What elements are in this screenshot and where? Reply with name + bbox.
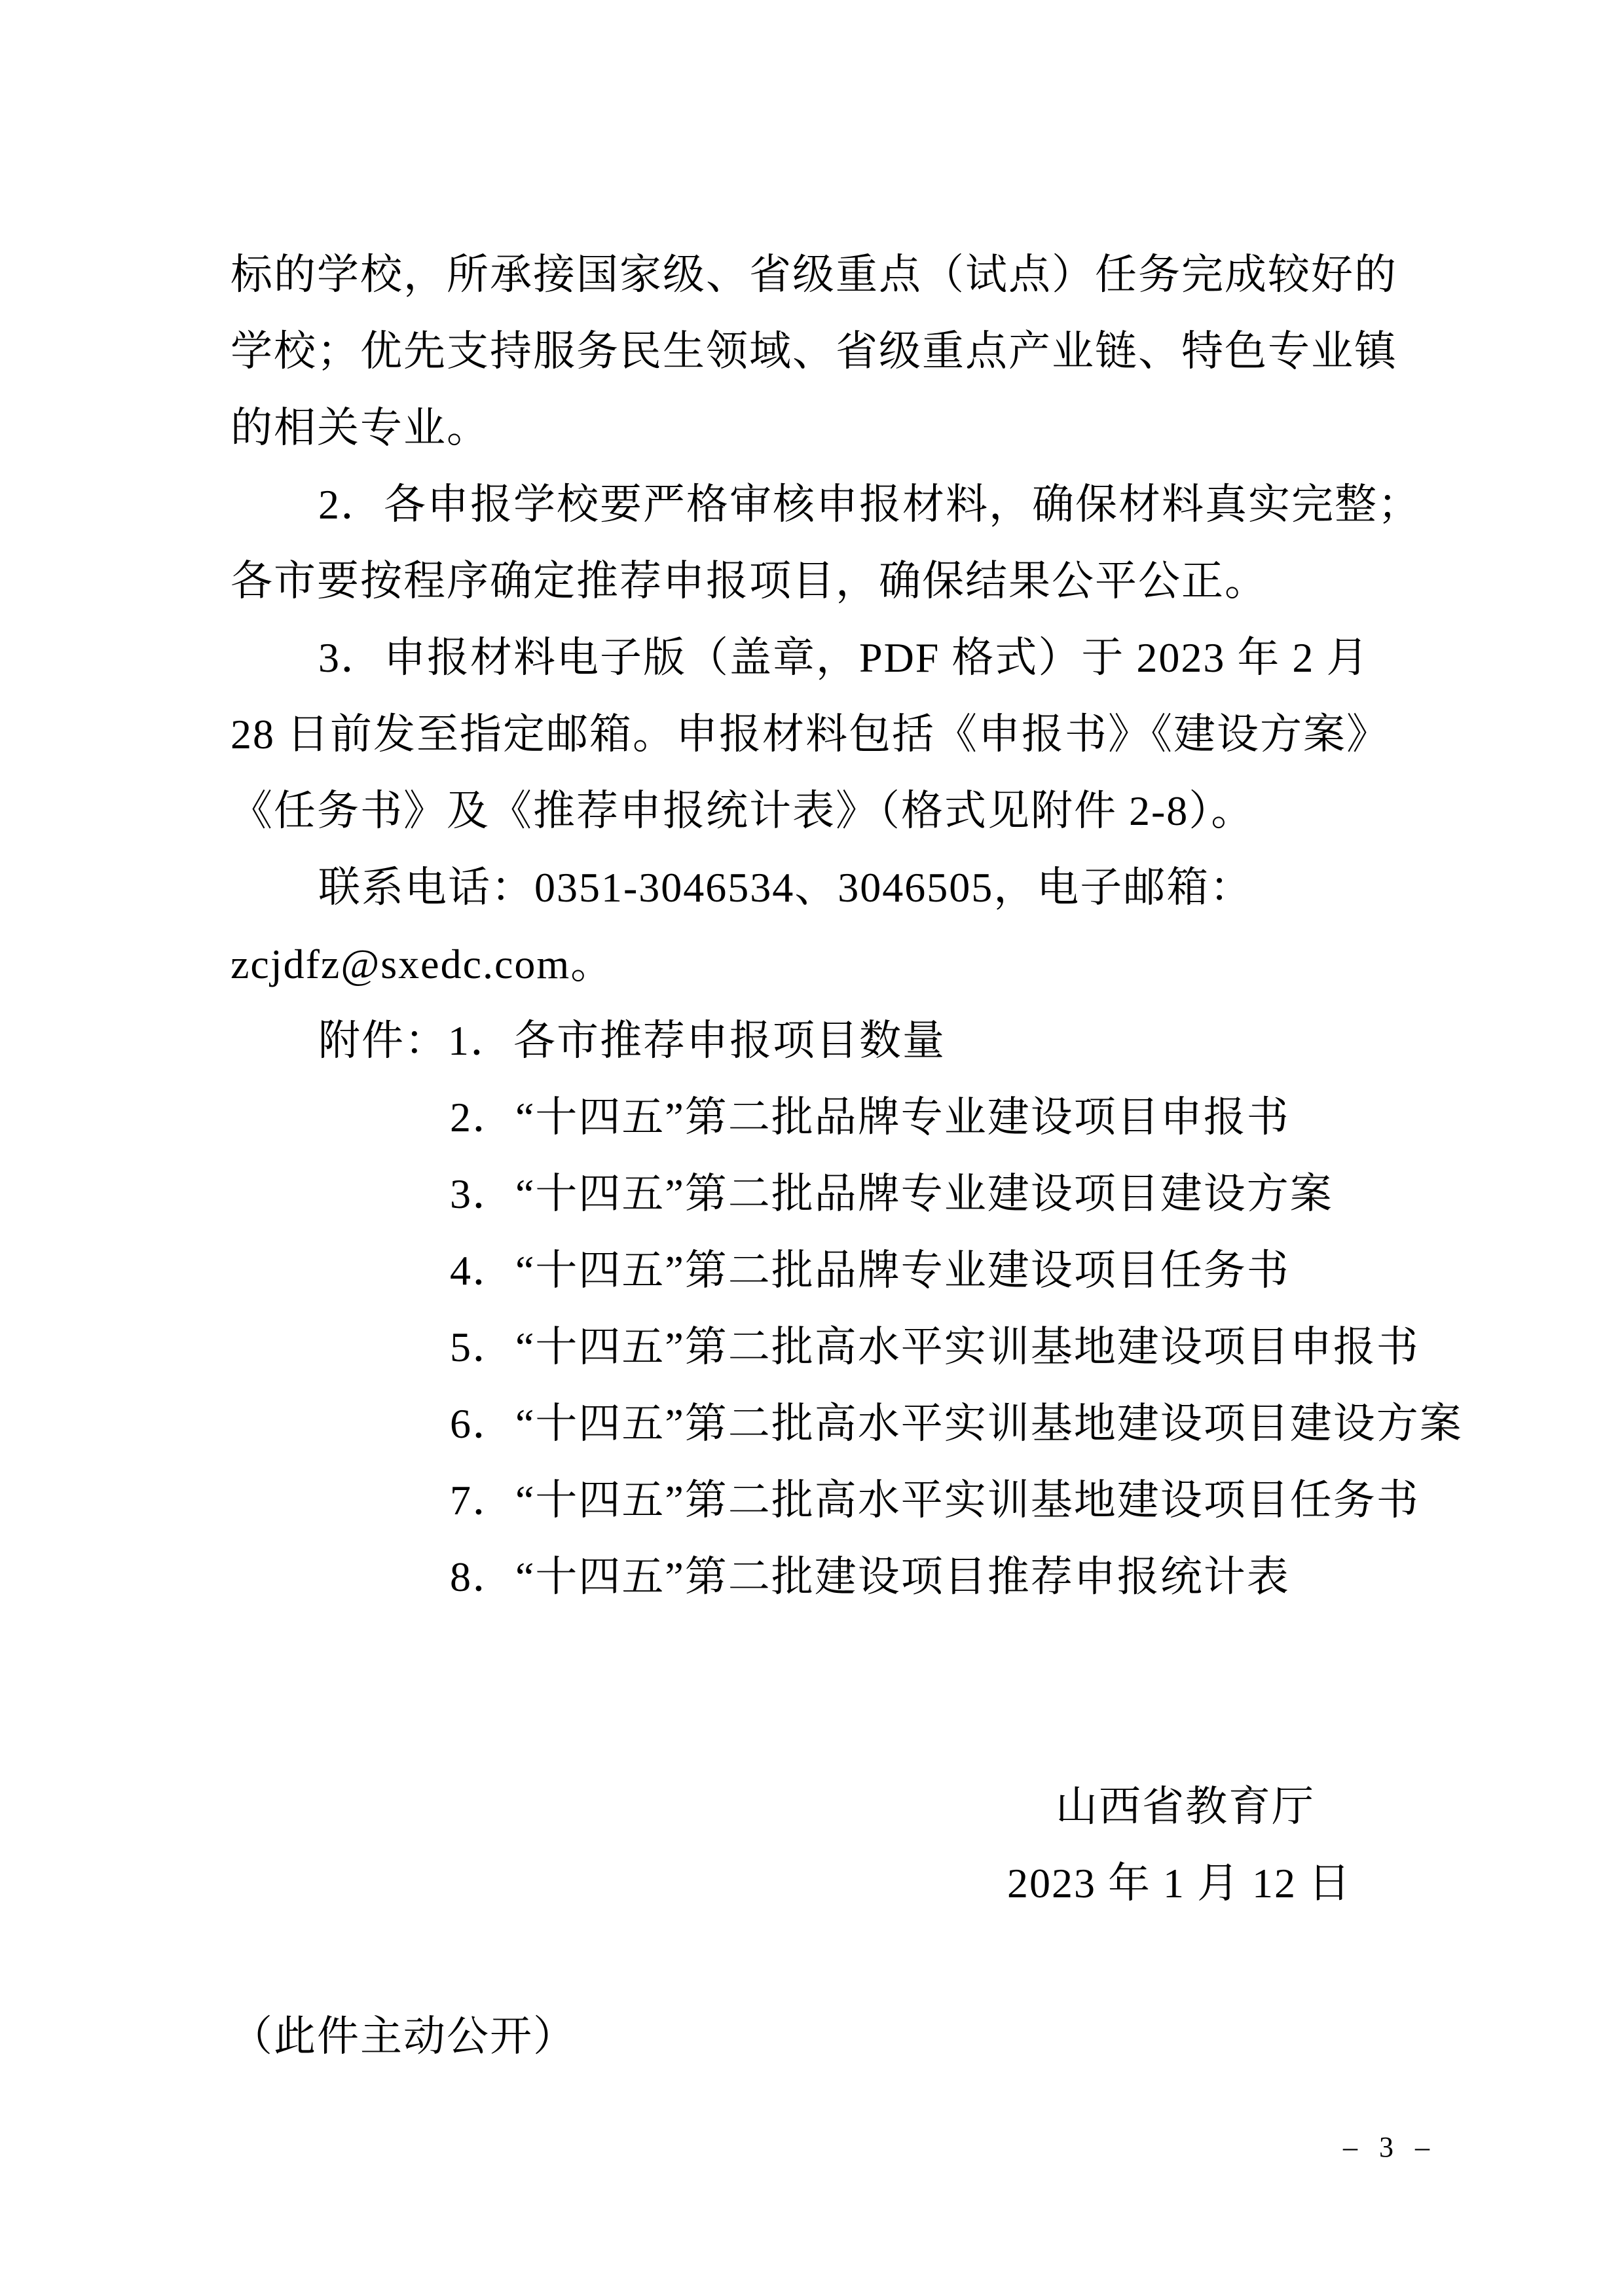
publicity-note: （此件主动公开） [231, 1998, 1422, 2075]
body-line: 各市要按程序确定推荐申报项目，确保结果公平公正。 [231, 543, 1422, 619]
contact-line: 联系电话：0351-3046534、3046505，电子邮箱： [231, 849, 1422, 926]
body-line: 学校；优先支持服务民生领域、省级重点产业链、特色专业镇 [231, 313, 1422, 390]
attachments-heading-line: 附件：1．各市推荐申报项目数量 [231, 1002, 1422, 1079]
attachment-item: 8．“十四五”第二批建设项目推荐申报统计表 [231, 1539, 1422, 1615]
blank-line [231, 1615, 1422, 1692]
body-line: 标的学校，所承接国家级、省级重点（试点）任务完成较好的 [231, 236, 1422, 313]
body-line: 28 日前发至指定邮箱。申报材料包括《申报书》《建设方案》 [231, 696, 1422, 773]
email-line: zcjdfz@sxedc.com。 [231, 926, 1422, 1002]
attachment-item: 6．“十四五”第二批高水平实训基地建设项目建设方案 [231, 1385, 1422, 1462]
body-line: 《任务书》及《推荐申报统计表》（格式见附件 2-8）。 [231, 773, 1422, 849]
blank-line [231, 1922, 1422, 1998]
page-body: 标的学校，所承接国家级、省级重点（试点）任务完成较好的 学校；优先支持服务民生领… [231, 236, 1422, 2075]
attachment-item: 7．“十四五”第二批高水平实训基地建设项目任务书 [231, 1462, 1422, 1539]
attachment-item: 2．“十四五”第二批品牌专业建设项目申报书 [231, 1079, 1422, 1156]
signature-date: 2023 年 1 月 12 日 [231, 1845, 1422, 1922]
body-line: 3．申报材料电子版（盖章，PDF 格式）于 2023 年 2 月 [231, 619, 1422, 696]
page-number: – 3 – [1343, 2133, 1432, 2162]
attachment-item: 3．“十四五”第二批品牌专业建设项目建设方案 [231, 1156, 1422, 1232]
body-line: 的相关专业。 [231, 390, 1422, 466]
attachment-item: 5．“十四五”第二批高水平实训基地建设项目申报书 [231, 1309, 1422, 1385]
blank-line [231, 1692, 1422, 1768]
attachment-item: 4．“十四五”第二批品牌专业建设项目任务书 [231, 1232, 1422, 1309]
body-line: 2．各申报学校要严格审核申报材料，确保材料真实完整； [231, 466, 1422, 543]
signature-issuer: 山西省教育厅 [231, 1768, 1422, 1845]
document-page: 标的学校，所承接国家级、省级重点（试点）任务完成较好的 学校；优先支持服务民生领… [0, 0, 1624, 2296]
